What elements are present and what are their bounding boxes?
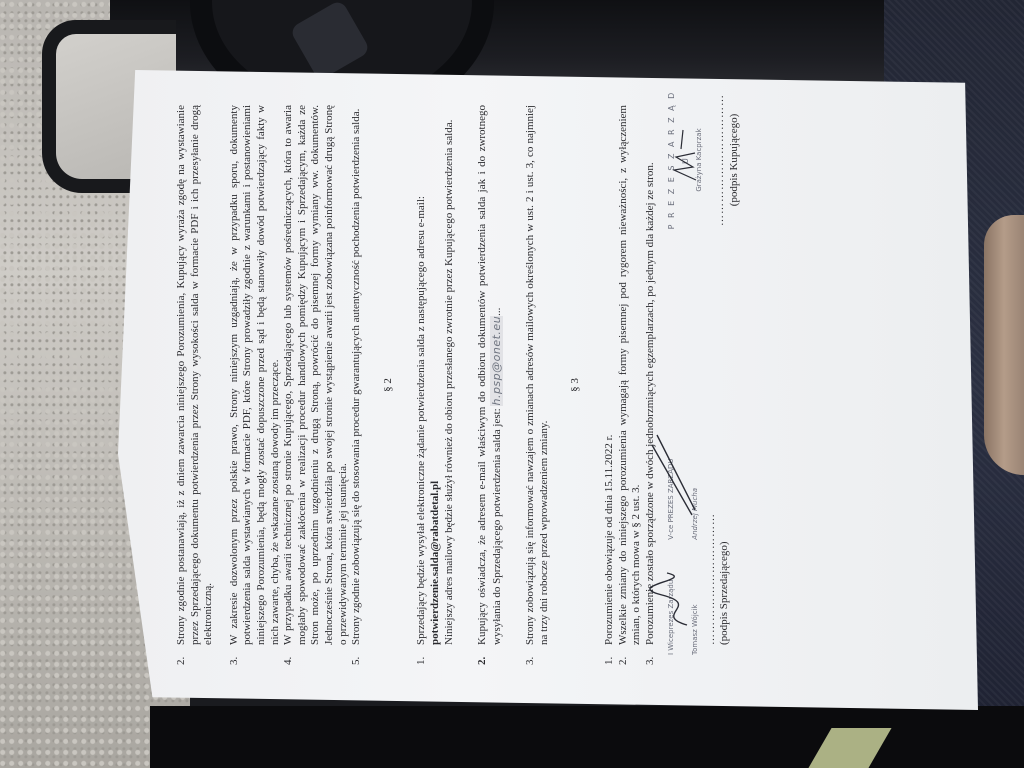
- item-text: W zakresie dozwolonym przez polskie praw…: [228, 105, 282, 645]
- section-heading-2: § 2: [382, 105, 396, 665]
- section1-item: 5. Strony zgodnie zobowiązują się do sto…: [350, 105, 364, 665]
- item-text: Wszelkie zmiany do niniejszego porozumie…: [617, 105, 644, 645]
- item-number: 2.: [175, 645, 216, 665]
- section1-list: 2. Strony zgodnie postanawiają, iż z dni…: [175, 105, 364, 665]
- buyer-stamp-title: P R E Z E S Z A R Z Ą D U: [665, 85, 692, 235]
- section1-item: 4. W przypadku awarii technicznej po str…: [282, 105, 350, 665]
- section1-item: 2. Strony zgodnie postanawiają, iż z dni…: [175, 105, 216, 665]
- item-number: 1.: [415, 645, 456, 665]
- trailing-dots: ...: [491, 308, 503, 316]
- hand: [984, 215, 1024, 475]
- section-heading-3: § 3: [569, 105, 583, 665]
- section3-list: 1. Porozumienie obowiązuje od dnia 15.11…: [603, 105, 657, 665]
- seller-signature-line: ……………………………: [705, 385, 719, 645]
- item-text-after: Niniejszy adres mailowy będzie służył ró…: [443, 120, 455, 645]
- section2-list: 1. Sprzedający będzie wysyłał elektronic…: [415, 105, 551, 665]
- buyer-stamp-name: Grażyna Kacprzak: [693, 85, 707, 235]
- item-text: Strony zgodnie zobowiązują się do stosow…: [350, 105, 364, 645]
- signature-area: I Wiceprezes Zarządu Tomasz Wójcik V-ce …: [665, 105, 785, 665]
- seller-stamp2-title: V-ce PREZES ZARZĄDU: [665, 458, 679, 539]
- item-number: 5.: [350, 645, 364, 665]
- item-text-before: Sprzedający będzie wysyłał elektroniczne…: [415, 196, 427, 645]
- buyer-handwritten-email: h.psp@onet.eu: [490, 316, 503, 406]
- section3-item: 2. Wszelkie zmiany do niniejszego porozu…: [617, 105, 644, 665]
- document-page: 2. Strony zgodnie postanawiają, iż z dni…: [175, 105, 895, 665]
- item-number: 2.: [476, 645, 504, 665]
- seller-signature-block: I Wiceprezes Zarządu Tomasz Wójcik V-ce …: [665, 385, 731, 645]
- seller-stamp-title: I Wiceprezes Zarządu: [665, 580, 679, 655]
- item-number: 1.: [603, 645, 617, 665]
- item-number: 4.: [282, 645, 350, 665]
- section3-item: 1. Porozumienie obowiązuje od dnia 15.11…: [603, 105, 617, 665]
- seller-stamp-name: Tomasz Wójcik: [689, 580, 703, 655]
- item-number: 3.: [228, 645, 282, 665]
- seller-email: potwierdzenie.salda@rabatdetal.pl: [429, 481, 441, 645]
- buyer-signature-block: P R E Z E S Z A R Z Ą D U Grażyna Kacprz…: [665, 85, 741, 235]
- seller-stamp2-name: Andrzej Mucha: [689, 458, 703, 539]
- item-text: Strony zobowiązują się informować nawzaj…: [524, 105, 551, 645]
- item-number: 3.: [644, 645, 658, 665]
- floor-shadow: [150, 706, 1024, 768]
- item-text: Strony zgodnie postanawiają, iż z dniem …: [175, 105, 216, 645]
- item-text: Kupujący oświadcza, że adresem e-mail wł…: [476, 105, 504, 645]
- item-text: W przypadku awarii technicznej po stroni…: [282, 105, 350, 645]
- section1-item: 3. W zakresie dozwolonym przez polskie p…: [228, 105, 282, 665]
- section2-item: 3. Strony zobowiązują się informować naw…: [524, 105, 551, 665]
- buyer-signature-caption: (podpis Kupującego): [728, 85, 742, 235]
- section2-item: 1. Sprzedający będzie wysyłał elektronic…: [415, 105, 456, 665]
- buyer-signature-line: ……………………………: [714, 85, 728, 235]
- seller-signature-caption: (podpis Sprzedającego): [718, 385, 732, 645]
- item-text: Porozumienie zostało sporządzone w dwóch…: [644, 105, 658, 645]
- section2-item: 2. Kupujący oświadcza, że adresem e-mail…: [476, 105, 504, 665]
- item-number: 2.: [617, 645, 644, 665]
- item-number: 3.: [524, 645, 551, 665]
- item-text: Sprzedający będzie wysyłał elektroniczne…: [415, 105, 456, 645]
- item-text: Porozumienie obowiązuje od dnia 15.11.20…: [603, 105, 617, 645]
- section3-item: 3. Porozumienie zostało sporządzone w dw…: [644, 105, 658, 665]
